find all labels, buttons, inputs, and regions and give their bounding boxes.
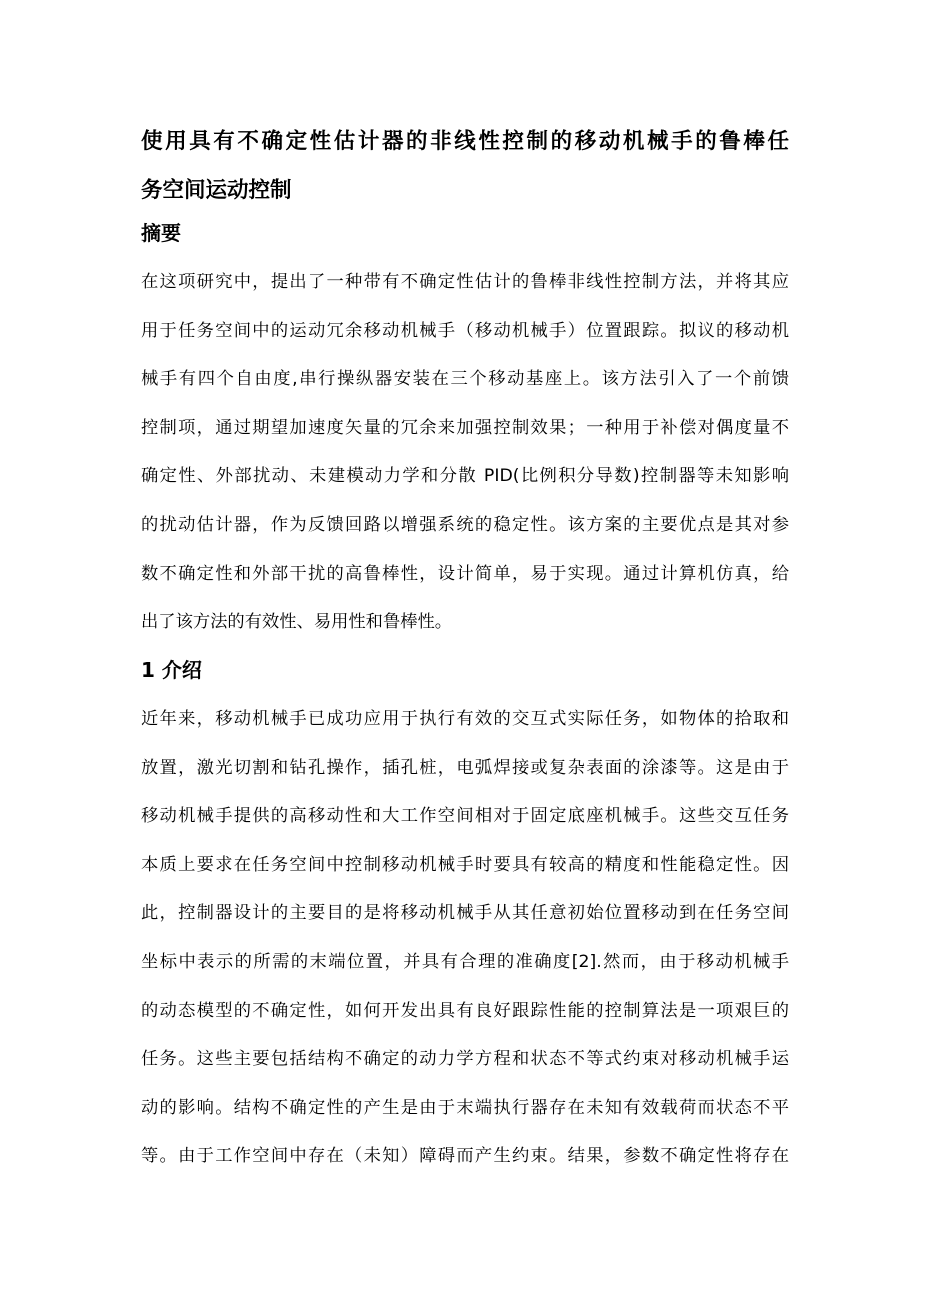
abstract-paragraph: 在这项研究中，提出了一种带有不确定性估计的鲁棒非线性控制方法，并将其应 用于任务… — [141, 258, 789, 647]
text-line: 的扰动估计器，作为反馈回路以增强系统的稳定性。该方案的主要优点是其对参 — [141, 501, 789, 550]
title-line: 使用具有不确定性估计器的非线性控制的移动机械手的鲁棒任 — [141, 118, 789, 167]
title-line: 务空间运动控制 — [141, 167, 789, 216]
text-line: 数不确定性和外部干扰的高鲁棒性，设计简单，易于实现。通过计算机仿真，给 — [141, 550, 789, 599]
intro-paragraph: 近年来，移动机械手已成功应用于执行有效的交互式实际任务，如物体的拾取和 放置，激… — [141, 695, 789, 1181]
text-line: 确定性、外部扰动、未建模动力学和分散 PID(比例积分导数)控制器等未知影响 — [141, 452, 789, 501]
text-line: 动的影响。结构不确定性的产生是由于末端执行器存在未知有效载荷而状态不平 — [141, 1084, 789, 1133]
abstract-heading: 摘要 — [141, 219, 181, 247]
document-title: 使用具有不确定性估计器的非线性控制的移动机械手的鲁棒任 务空间运动控制 — [141, 118, 789, 215]
text-line: 此，控制器设计的主要目的是将移动机械手从其任意初始位置移动到在任务空间 — [141, 889, 789, 938]
text-line: 出了该方法的有效性、易用性和鲁棒性。 — [141, 598, 789, 647]
text-line: 用于任务空间中的运动冗余移动机械手（移动机械手）位置跟踪。拟议的移动机 — [141, 307, 789, 356]
text-line: 放置，激光切割和钻孔操作，插孔桩，电弧焊接或复杂表面的涂漆等。这是由于 — [141, 744, 789, 793]
text-line: 移动机械手提供的高移动性和大工作空间相对于固定底座机械手。这些交互任务 — [141, 792, 789, 841]
text-line: 械手有四个自由度,串行操纵器安装在三个移动基座上。该方法引入了一个前馈 — [141, 355, 789, 404]
text-line: 近年来，移动机械手已成功应用于执行有效的交互式实际任务，如物体的拾取和 — [141, 695, 789, 744]
text-line: 坐标中表示的所需的末端位置，并具有合理的准确度[2].然而，由于移动机械手 — [141, 938, 789, 987]
text-line: 的动态模型的不确定性，如何开发出具有良好跟踪性能的控制算法是一项艰巨的 — [141, 987, 789, 1036]
text-line: 在这项研究中，提出了一种带有不确定性估计的鲁棒非线性控制方法，并将其应 — [141, 258, 789, 307]
text-line: 任务。这些主要包括结构不确定的动力学方程和状态不等式约束对移动机械手运 — [141, 1035, 789, 1084]
intro-heading: 1 介绍 — [141, 656, 202, 684]
text-line: 等。由于工作空间中存在（未知）障碍而产生约束。结果，参数不确定性将存在 — [141, 1132, 789, 1181]
text-line: 本质上要求在任务空间中控制移动机械手时要具有较高的精度和性能稳定性。因 — [141, 841, 789, 890]
text-line: 控制项，通过期望加速度矢量的冗余来加强控制效果；一种用于补偿对偶度量不 — [141, 404, 789, 453]
